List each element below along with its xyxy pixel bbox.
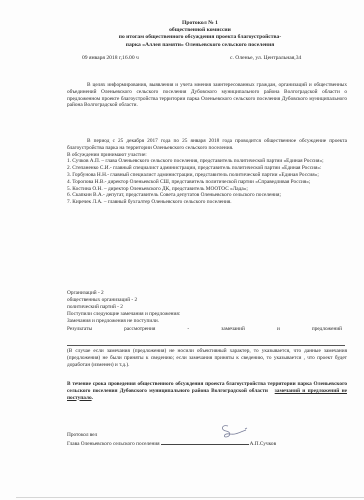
fill-in-line: [67, 345, 345, 346]
participant-item: 2. Степаненко С.И.- главный специалист а…: [67, 165, 347, 172]
results-word: Результаты: [67, 326, 92, 333]
handwritten-signature-icon: [218, 422, 252, 442]
remarks-heading: Поступили следующие замечания и предложе…: [67, 311, 347, 318]
paragraph-text: В целях информирования, выявления и учет…: [67, 82, 347, 109]
page-bottom-edge: [16, 497, 364, 498]
meeting-place: с. Оленье, ул. Центральная,34: [230, 55, 301, 62]
participant-item: 3. Горбунова Н.Н.- главный специалист ад…: [67, 172, 347, 179]
participants-list: 1. Сучков А.П. – глава Оленьевского сель…: [67, 158, 347, 206]
signature-block: Протокол вел Глава Оленьевского сельског…: [67, 432, 357, 448]
stat-line: политический партий - 2: [67, 304, 347, 311]
signatory-title: Глава Оленьевского сельского поселения: [67, 441, 160, 447]
document-title: Протокол № 1 общественной комиссии по ит…: [60, 20, 340, 49]
remarks-text: Замечания и предложения не поступили.: [67, 318, 347, 325]
conclusion-paragraph: В течение срока проведения общественного…: [67, 381, 347, 401]
paragraph-text: В период с 25 декабря 2017 года по 25 ян…: [67, 138, 347, 152]
document-page: Протокол № 1 общественной комиссии по ит…: [0, 0, 364, 500]
results-word: предложений: [312, 326, 342, 333]
remarks-block: Поступили следующие замечания и предложе…: [67, 311, 347, 325]
participant-item: 5. Костина О.Н. – директор Оленьевского …: [67, 186, 347, 193]
stats-block: Организаций - 2 общественных организаций…: [67, 290, 347, 310]
intro-paragraph: В целях информирования, выявления и учет…: [67, 82, 347, 109]
signature-line-2: Глава Оленьевского сельского поселенияА.…: [67, 439, 357, 448]
participant-item: 4. Торопова Н.В.- директор Оленьевской С…: [67, 179, 347, 186]
signature-line-1: Протокол вел: [67, 432, 357, 439]
title-line: по итогам общественного обсуждения проек…: [60, 34, 340, 41]
meeting-date: 09 января 2018 г,16.00 ч: [82, 55, 139, 62]
results-row: Результаты рассмотрения - замечаний и пр…: [67, 326, 342, 333]
stat-line: Организаций - 2: [67, 290, 347, 297]
results-word: и: [277, 326, 280, 333]
title-line: парка «Аллея памяти» Оленьевского сельск…: [60, 42, 340, 49]
results-word: рассмотрения: [124, 326, 155, 333]
results-block: Результаты рассмотрения - замечаний и пр…: [67, 326, 347, 333]
discussion-section: В период с 25 декабря 2017 года по 25 ян…: [67, 138, 347, 206]
participant-item: 7. Киречек Л.А. – главный бухгалтер Олен…: [67, 199, 347, 206]
note-text: (В случае если замечания (предложения) н…: [67, 348, 347, 368]
note-paragraph: (В случае если замечания (предложения) н…: [67, 348, 347, 368]
conclusion-end: .: [92, 395, 93, 401]
results-word: -: [187, 326, 189, 333]
results-word: замечаний: [221, 326, 245, 333]
stat-line: общественных организаций - 2: [67, 297, 347, 304]
signatory-name: А.П.Сучков: [250, 441, 276, 447]
